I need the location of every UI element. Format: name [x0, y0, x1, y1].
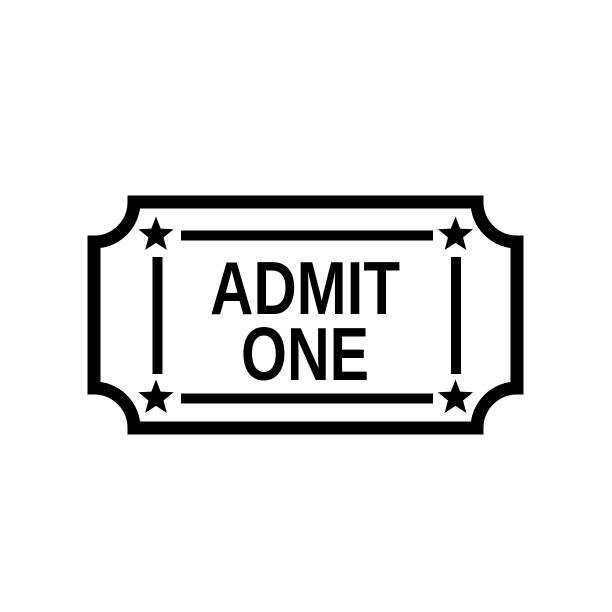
- canvas: ADMIT ONE: [0, 0, 612, 612]
- star-top-right-icon: [438, 217, 473, 250]
- ticket-text-line2: ONE: [241, 312, 369, 396]
- star-bottom-right-icon: [438, 380, 473, 413]
- star-bottom-left-icon: [138, 380, 173, 413]
- admit-one-ticket-icon: ADMIT ONE: [0, 0, 612, 612]
- star-top-left-icon: [138, 217, 173, 250]
